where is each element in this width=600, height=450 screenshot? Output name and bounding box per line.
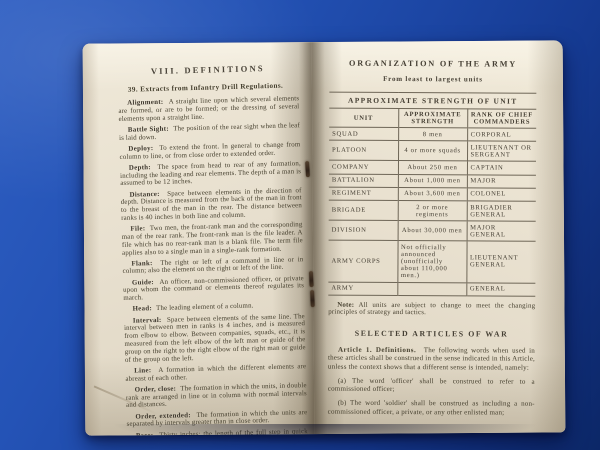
table-cell: About 250 men [398,161,467,175]
table-row: SQUAD8 menCORPORAL [329,127,536,141]
table-cell: About 3,600 men [398,187,467,201]
right-page-subtitle: From least to largest units [329,75,536,84]
table-cell: CORPORAL [467,128,536,142]
note-label: Note: [337,301,354,308]
definition-item: Order, close: The formation in which the… [126,382,308,410]
table-cell [397,282,466,296]
table-row: COMPANYAbout 250 menCAPTAIN [329,161,536,175]
left-page-heading: VIII. DEFINITIONS [117,62,298,77]
table-cell: About 1,000 men [398,174,467,188]
column-header-rank: RANK OF CHIEF COMMANDERS [467,109,536,128]
article-paragraph: (b) The word 'soldier' shall be construe… [328,399,535,416]
articles-list: Article 1. Definitions. The following wo… [328,346,535,417]
table-row: PLATOON4 or more squadsLIEUTENANT OR SER… [329,140,536,161]
table-cell: About 30,000 men [398,221,467,242]
table-caption: APPROXIMATE STRENGTH OF UNIT [329,92,536,109]
strength-table: APPROXIMATE STRENGTH OF UNIT UNIT APPROX… [328,92,536,297]
table-cell: 2 or more regiments [398,200,467,221]
column-header-strength: APPROXIMATE STRENGTH [398,109,467,128]
definition-item: Flank: The right or left of a command in… [122,256,303,276]
table-cell: PLATOON [329,140,398,161]
definition-item: Battle Sight: The position of the rear s… [119,122,300,142]
definitions-list: Alignment: A straight line upon which se… [118,95,308,435]
table-cell: BATTALION [329,174,398,188]
table-row: BATTALIONAbout 1,000 menMAJOR [329,174,536,188]
staple-middle [309,271,314,287]
table-row: REGIMENTAbout 3,600 menCOLONEL [329,187,536,201]
definition-item: Pace: Thirty inches; the length of the f… [127,428,308,436]
table-cell: COMPANY [329,161,398,175]
table-cell: LIEUTENANT GENERAL [466,241,535,283]
table-cell: SQUAD [329,127,398,141]
articles-heading: SELECTED ARTICLES OF WAR [328,329,535,339]
right-page: ORGANIZATION OF THE ARMY From least to l… [312,40,566,434]
table-row: ARMY CORPSNot officially announced (unof… [328,240,535,282]
table-cell: GENERAL [466,282,535,296]
definition-item: Alignment: A straight line upon which se… [118,95,300,123]
definition-item: Line: A formation in which the different… [125,363,306,383]
table-body: SQUAD8 menCORPORALPLATOON4 or more squad… [328,127,536,296]
table-cell: BRIGADE [329,200,398,221]
photo-background: VIII. DEFINITIONS 39. Extracts from Infa… [0,0,600,450]
note-text: All units are subject to change to meet … [328,301,535,316]
definition-item: Guide: An officer, non-commissioned offi… [123,275,305,303]
table-cell: MAJOR [467,174,536,188]
table-row: DIVISIONAbout 30,000 menMAJOR GENERAL [329,220,536,241]
table-cell: 8 men [398,128,467,142]
left-page: VIII. DEFINITIONS 39. Extracts from Infa… [83,42,315,436]
right-page-title: ORGANIZATION OF THE ARMY [329,59,536,69]
table-cell: BRIGADIER GENERAL [467,201,536,222]
right-page-content: ORGANIZATION OF THE ARMY From least to l… [310,41,563,434]
definition-item: Interval: Space between elements of the … [124,313,306,365]
table-caption-row: APPROXIMATE STRENGTH OF UNIT [329,92,536,109]
table-cell: REGIMENT [329,187,398,201]
definition-item: Deploy: To extend the front. In general … [119,141,300,161]
table-cell: 4 or more squads [398,141,467,162]
table-row: BRIGADE2 or more regimentsBRIGADIER GENE… [329,200,536,221]
definition-item: Distance: Space between elements in the … [120,187,302,223]
article-paragraph: Article 1. Definitions. The following wo… [328,346,535,372]
left-page-subheading: 39. Extracts from Infantry Drill Regulat… [118,81,299,94]
table-cell: DIVISION [329,220,398,241]
table-cell: LIEUTENANT OR SERGEANT [467,141,536,162]
table-cell: Not officially announced (unofficially a… [397,241,466,283]
column-header-unit: UNIT [329,108,398,127]
article-paragraph: (a) The word 'officer' shall be construe… [328,377,535,394]
definition-item: Head: The leading element of a column. [124,302,305,315]
booklet: VIII. DEFINITIONS 39. Extracts from Infa… [83,40,566,435]
table-cell: COLONEL [467,188,536,202]
staple-top [305,161,310,177]
table-cell: ARMY CORPS [328,240,397,282]
table-row: ARMYGENERAL [328,282,535,296]
table-cell: MAJOR GENERAL [467,221,536,242]
definition-item: Depth: The space from head to rear of an… [120,160,302,188]
table-note: Note: All units are subject to change to… [328,301,535,318]
table-header-row: UNIT APPROXIMATE STRENGTH RANK OF CHIEF … [329,108,536,128]
table-cell: ARMY [328,282,397,296]
table-cell: CAPTAIN [467,161,536,175]
staple-bottom [310,290,315,307]
definition-item: File: Two men, the front-rank man and th… [121,221,303,257]
left-page-content: VIII. DEFINITIONS 39. Extracts from Infa… [83,40,322,435]
